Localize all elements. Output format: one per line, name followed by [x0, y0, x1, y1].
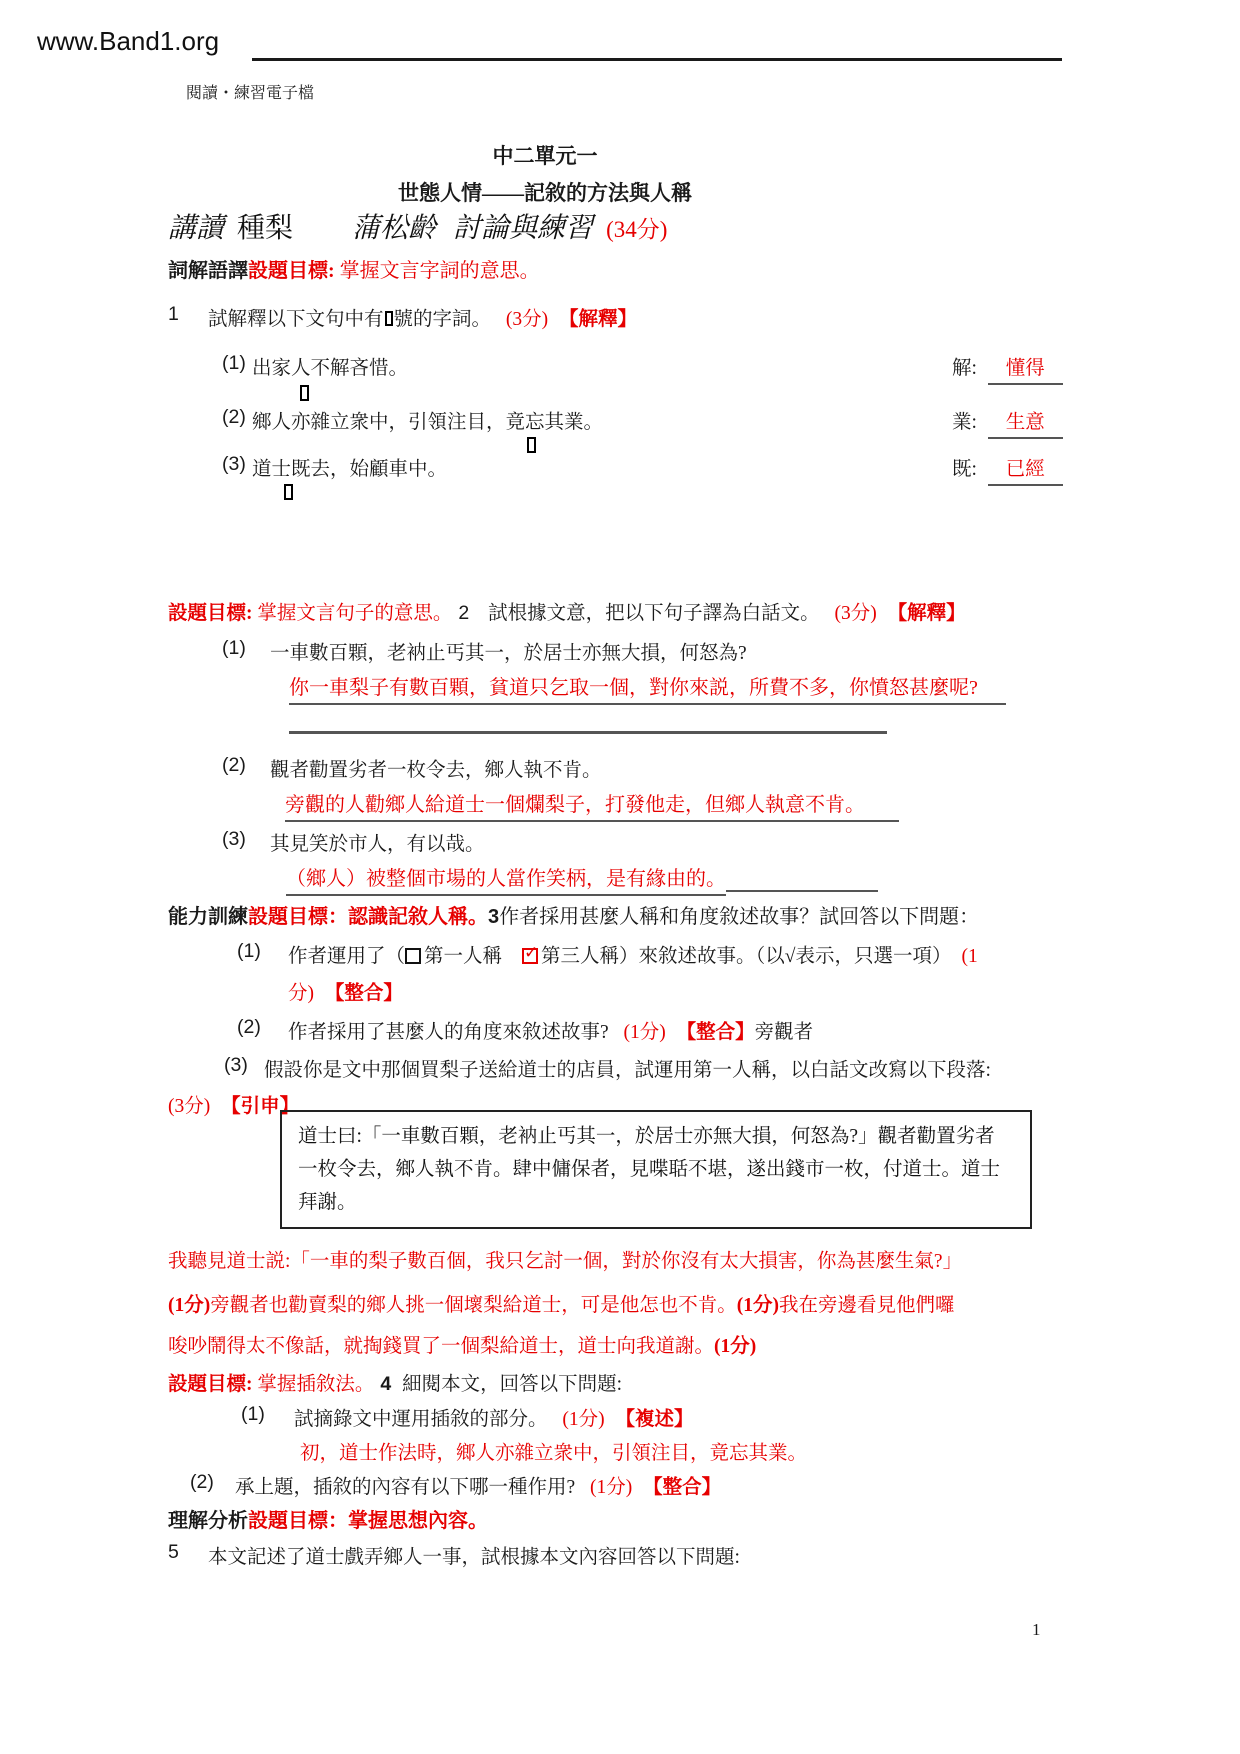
lesson-author: 蒲松齡	[352, 213, 436, 244]
q1-item2-answer-row: 業: 生意	[952, 406, 1063, 439]
q1-item2-number: (2)	[222, 406, 246, 429]
checkbox-first-person[interactable]	[405, 948, 421, 964]
unit-title: 中二單元一	[0, 140, 1090, 170]
q2-score: (3分)	[835, 603, 877, 624]
lesson-heading: 講讀 種梨 蒲松齡 討論與練習 (34分)	[168, 206, 667, 246]
q2-item1-number: (1)	[222, 637, 246, 660]
q3-item3-text: 假設你是文中那個買梨子送給道士的店員，試運用第一人稱，以白話文改寫以下段落:	[264, 1054, 991, 1082]
q1-number: 1	[168, 303, 179, 326]
q1-item1-key: 解:	[952, 358, 977, 379]
q3-item1-option2: 第三人稱	[541, 946, 619, 967]
q3-item3-number: (3)	[224, 1054, 248, 1077]
q3-model-answer-line1: 我聽見道士説:「一車的梨子數百個，我只乞討一個，對於你沒有太大損害，你為甚麼生氣…	[168, 1245, 962, 1273]
q1-item1-sentence: 出家人不解吝惜。	[252, 352, 408, 380]
q3-item1-number: (1)	[237, 940, 261, 963]
q4-text: 細閱本文，回答以下問題:	[402, 1374, 622, 1395]
q1-item2-sentence: 鄉人亦雜立衆中，引領注目，竟忘其業。	[252, 406, 603, 434]
q3-item2-answer: 旁觀者	[755, 1022, 814, 1043]
theme-title: 世態人情——記敘的方法與人稱	[0, 177, 1090, 207]
q1-item3-answer-row: 既: 已經	[952, 453, 1063, 486]
q3-model-mark: (1分)	[714, 1336, 756, 1357]
q4-number: 4	[380, 1373, 391, 1395]
q1-score: (3分)	[506, 309, 548, 330]
q3-item1-option1: 第一人稱	[424, 946, 502, 967]
q4-goal-label: 設題目標:	[168, 1374, 253, 1395]
doc-type-label: 閱讀・練習電子檔	[186, 80, 314, 103]
q1-item2-answer: 生意	[1006, 412, 1045, 433]
q2-text: 試根據文意，把以下句子譯為白話文。	[488, 603, 820, 624]
q4-item2-skill-tag: 【整合】	[643, 1477, 721, 1498]
q2-item1-answer: 你一車梨子有數百顆，貧道只乞取一個，對你來説，所費不多，你憤怒甚麼呢?	[289, 677, 1006, 705]
q2-item2-answer-line: 旁觀的人勸鄉人給道士一個爛梨子，打發他走，但鄉人執意不肯。	[285, 788, 899, 817]
q1-skill-tag: 【解釋】	[559, 309, 637, 330]
section1-goal-label: 設題目標:	[248, 260, 335, 282]
q1-item3-sentence: 道士既去，始顧車中。	[252, 453, 447, 481]
q2-item1-sentence: 一車數百顆，老衲止丐其一，於居士亦無大損，何怒為?	[270, 637, 747, 665]
quoted-passage-box: 道士曰:「一車數百顆，老衲止丐其一，於居士亦無大損，何怒為?」觀者勸置劣者一枚令…	[280, 1110, 1032, 1229]
q3-model-mark: (1分)	[168, 1295, 210, 1316]
missing-glyph-box	[300, 385, 309, 401]
q4-item1-line: 試摘錄文中運用插敘的部分。 (1分) 【複述】	[294, 1403, 694, 1431]
section2-name: 能力訓練	[168, 906, 248, 928]
q4-item2-number: (2)	[190, 1471, 214, 1494]
q4-item1-skill-tag: 【複述】	[616, 1409, 694, 1430]
q1-item2-key: 業:	[952, 412, 977, 433]
check-icon: ✓	[524, 943, 538, 963]
q3-text: 作者採用甚麼人稱和角度敘述故事？試回答以下問題：	[499, 906, 979, 928]
q2-item2-answer: 旁觀的人勸鄉人給道士一個爛梨子，打發他走，但鄉人執意不肯。	[285, 794, 899, 822]
q2-item3-number: (3)	[222, 828, 246, 851]
section1-name: 詞解語譯	[168, 260, 248, 282]
q3-number: 3	[488, 906, 499, 928]
lesson-score: (34分)	[606, 217, 667, 242]
q2-goal-label: 設題目標:	[168, 603, 253, 624]
q3-item1-pre: 作者運用了（	[288, 946, 405, 967]
q2-item1-answer-line: 你一車梨子有數百顆，貧道只乞取一個，對你來説，所費不多，你憤怒甚麼呢?	[289, 671, 1006, 700]
q1-item3-key: 既:	[952, 459, 977, 480]
q4-item1-number: (1)	[241, 1403, 265, 1426]
section1-heading: 詞解語譯設題目標: 掌握文言字詞的意思。	[168, 254, 540, 283]
q3-item1-post: ）來敘述故事。（以√表示，只選一項）	[619, 946, 951, 967]
section3-name: 理解分析	[168, 1510, 248, 1532]
blank-answer-line	[726, 868, 878, 892]
missing-glyph-box	[527, 437, 536, 453]
missing-glyph-box	[284, 484, 293, 500]
q3-item2-skill-tag: 【整合】	[677, 1022, 755, 1043]
q3-item1-line2: 分) 【整合】	[288, 977, 403, 1005]
section3-goal: 掌握思想內容。	[348, 1510, 488, 1532]
q3-item1-line1: 作者運用了（第一人稱✓第三人稱）來敘述故事。（以√表示，只選一項）(1	[288, 940, 978, 968]
section2-goal: 認識記敘人稱。	[348, 906, 488, 928]
blank-answer-line	[289, 731, 887, 734]
section3-goal-label: 設題目標：	[248, 1510, 348, 1532]
section1-goal: 掌握文言字詞的意思。	[340, 260, 540, 282]
q3-item2-score: (1分)	[624, 1022, 666, 1043]
site-logo-text: www.Band1.org	[37, 26, 219, 57]
q3-item2-number: (2)	[237, 1016, 261, 1039]
q3-model-mark: (1分)	[737, 1295, 779, 1316]
q2-item3-sentence: 其見笑於市人，有以哉。	[270, 828, 485, 856]
q4-heading: 設題目標: 掌握插敘法。4 細閱本文，回答以下問題:	[168, 1368, 622, 1396]
q2-goal: 掌握文言句子的意思。	[257, 603, 452, 624]
lesson-type: 講讀	[168, 213, 224, 244]
lesson-section: 討論與練習	[453, 213, 593, 244]
q4-item2-score: (1分)	[590, 1477, 632, 1498]
q3-item1-score-rest: 分)	[288, 983, 314, 1004]
q1-text-b: 號的字詞。	[394, 309, 492, 330]
q1-item3-number: (3)	[222, 453, 246, 476]
q3-item2-text: 作者採用了甚麼人的角度來敘述故事?	[288, 1022, 609, 1043]
q3-model-seg: 我聽見道士説:「一車的梨子數百個，我只乞討一個，對於你沒有太大損害，你為甚麼生氣…	[168, 1251, 962, 1272]
q1-item1-answer: 懂得	[1006, 358, 1045, 379]
header-rule	[252, 58, 1062, 61]
q4-item2-text: 承上題，插敘的內容有以下哪一種作用?	[235, 1477, 575, 1498]
lesson-work-title: 種梨	[237, 213, 293, 244]
q1-item3-answer: 已經	[1006, 459, 1045, 480]
q3-item1-score-open: (1	[962, 946, 978, 967]
q4-item2-line: 承上題，插敘的內容有以下哪一種作用? (1分) 【整合】	[235, 1471, 721, 1499]
q3-item1-skill-tag: 【整合】	[325, 983, 403, 1004]
q3-model-seg: 我在旁邊看見他們囉	[779, 1295, 955, 1316]
checkbox-third-person-checked[interactable]: ✓	[522, 948, 538, 964]
page-number: 1	[1032, 1620, 1041, 1640]
q4-goal: 掌握插敘法。	[257, 1374, 374, 1395]
q2-skill-tag: 【解釋】	[888, 603, 966, 624]
worksheet-page: www.Band1.org 閱讀・練習電子檔 中二單元一 世態人情——記敘的方法…	[0, 0, 1240, 1754]
q4-item1-score: (1分)	[562, 1409, 604, 1430]
q2-item3-answer-line: （鄉人）被整個市場的人當作笑柄，是有緣由的。	[286, 862, 878, 892]
q1-text: 試解釋以下文句中有號的字詞。 (3分) 【解釋】	[208, 303, 637, 331]
section2-heading: 能力訓練設題目標：認識記敘人稱。3作者採用甚麼人稱和角度敘述故事？試回答以下問題…	[168, 900, 979, 929]
q5-number: 5	[168, 1541, 179, 1564]
section2-goal-label: 設題目標：	[248, 906, 348, 928]
section3-heading: 理解分析設題目標：掌握思想內容。	[168, 1504, 488, 1533]
q1-item1-answer-row: 解: 懂得	[952, 352, 1063, 385]
q5-text: 本文記述了道士戲弄鄉人一事，試根據本文內容回答以下問題:	[208, 1541, 740, 1569]
q3-model-answer-line3: 唆吵鬧得太不像話，就掏錢買了一個梨給道士，道士向我道謝。(1分)	[168, 1330, 756, 1358]
q2-number: 2	[458, 602, 469, 624]
missing-glyph-box	[385, 311, 393, 326]
q2-item2-number: (2)	[222, 754, 246, 777]
q3-model-answer-line2: (1分)旁觀者也勸賣梨的鄉人挑一個壞梨給道士，可是他怎也不肯。(1分)我在旁邊看…	[168, 1289, 955, 1317]
q3-model-seg: 旁觀者也勸賣梨的鄉人挑一個壞梨給道士，可是他怎也不肯。	[210, 1295, 737, 1316]
q2-heading: 設題目標: 掌握文言句子的意思。2 試根據文意，把以下句子譯為白話文。 (3分)…	[168, 597, 966, 625]
q3-item2-line: 作者採用了甚麼人的角度來敘述故事? (1分) 【整合】旁觀者	[288, 1016, 813, 1044]
q1-item1-number: (1)	[222, 352, 246, 375]
q3-item3-score: (3分)	[168, 1096, 210, 1117]
q4-item1-text: 試摘錄文中運用插敘的部分。	[294, 1409, 548, 1430]
q1-text-a: 試解釋以下文句中有	[208, 309, 384, 330]
q4-item1-answer: 初，道士作法時，鄉人亦雜立衆中，引領注目，竟忘其業。	[300, 1437, 807, 1465]
q2-item3-answer: （鄉人）被整個市場的人當作笑柄，是有緣由的。	[286, 868, 726, 896]
q2-item2-sentence: 觀者勸置劣者一枚令去，鄉人執不肯。	[270, 754, 602, 782]
q3-model-seg: 唆吵鬧得太不像話，就掏錢買了一個梨給道士，道士向我道謝。	[168, 1336, 714, 1357]
